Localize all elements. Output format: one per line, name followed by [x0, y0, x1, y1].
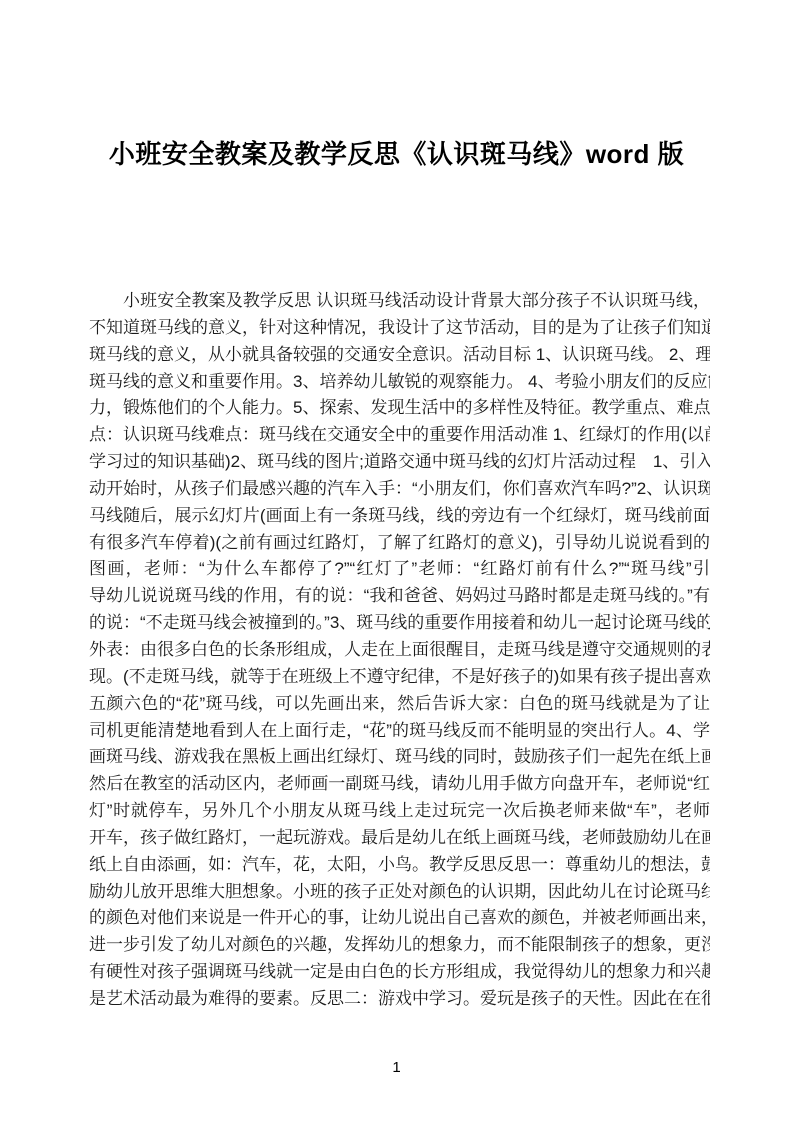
body-line: 五颜六色的“花”斑马线，可以先画出来，然后告诉大家：白色的斑马线就是为了让 — [89, 691, 710, 718]
page-number: 1 — [0, 1059, 793, 1076]
body-line: 是艺术活动最为难得的要素。反思二：游戏中学习。爱玩是孩子的天性。因此在在很 — [89, 986, 710, 1013]
body-line: 司机更能清楚地看到人在上面行走，“花”的斑马线反而不能明显的突出行人。4、学 — [89, 718, 710, 745]
body-line: 有很多汽车停着)(之前有画过红路灯，了解了红路灯的意义)，引导幼儿说说看到的 — [89, 530, 710, 557]
document-body: 小班安全教案及教学反思 认识斑马线活动设计背景大部分孩子不认识斑马线，不知道斑马… — [89, 288, 710, 1013]
body-line: 斑马线的意义，从小就具备较强的交通安全意识。活动目标 1、认识斑马线。 2、理解 — [89, 342, 710, 369]
body-line: 画斑马线、游戏我在黑板上画出红绿灯、斑马线的同时，鼓励孩子们一起先在纸上画 — [89, 744, 710, 771]
body-line: 学习过的知识基础)2、斑马线的图片;道路交通中斑马线的幻灯片活动过程 1、引入活 — [89, 449, 710, 476]
body-line: 现。(不走斑马线，就等于在班级上不遵守纪律，不是好孩子的)如果有孩子提出喜欢 — [89, 664, 710, 691]
body-line: 的颜色对他们来说是一件开心的事，让幼儿说出自己喜欢的颜色，并被老师画出来， — [89, 905, 710, 932]
document-page: 小班安全教案及教学反思《认识斑马线》word 版 小班安全教案及教学反思 认识斑… — [0, 0, 793, 1122]
body-line: 不知道斑马线的意义，针对这种情况，我设计了这节活动，目的是为了让孩子们知道 — [89, 315, 710, 342]
body-line: 外表：由很多白色的长条形组成，人走在上面很醒目，走斑马线是遵守交通规则的表 — [89, 637, 710, 664]
body-line: 进一步引发了幼儿对颜色的兴趣，发挥幼儿的想象力，而不能限制孩子的想象，更没 — [89, 932, 710, 959]
body-line: 然后在教室的活动区内，老师画一副斑马线，请幼儿用手做方向盘开车，老师说“红 — [89, 771, 710, 798]
body-line: 力，锻炼他们的个人能力。5、探索、发现生活中的多样性及特征。教学重点、难点重 — [89, 395, 710, 422]
body-line: 导幼儿说说斑马线的作用，有的说：“我和爸爸、妈妈过马路时都是走斑马线的。”有 — [89, 583, 710, 610]
body-line: 灯”时就停车，另外几个小朋友从斑马线上走过玩完一次后换老师来做“车”，老师 — [89, 798, 710, 825]
body-line: 马线随后，展示幻灯片(画面上有一条斑马线，线的旁边有一个红绿灯，斑马线前面 — [89, 503, 710, 530]
body-line: 斑马线的意义和重要作用。3、培养幼儿敏锐的观察能力。 4、考验小朋友们的反应能 — [89, 369, 710, 396]
body-line: 开车，孩子做红路灯，一起玩游戏。最后是幼儿在纸上画斑马线，老师鼓励幼儿在画 — [89, 825, 710, 852]
body-line: 有硬性对孩子强调斑马线就一定是由白色的长方形组成，我觉得幼儿的想象力和兴趣 — [89, 959, 710, 986]
body-line: 小班安全教案及教学反思 认识斑马线活动设计背景大部分孩子不认识斑马线， — [89, 288, 710, 315]
body-line: 的说：“不走斑马线会被撞到的。”3、斑马线的重要作用接着和幼儿一起讨论斑马线的 — [89, 610, 710, 637]
body-line: 励幼儿放开思维大胆想象。小班的孩子正处对颜色的认识期，因此幼儿在讨论斑马线 — [89, 879, 710, 906]
body-line: 图画，老师：“为什么车都停了?”“红灯了”老师：“红路灯前有什么?”“斑马线”引 — [89, 556, 710, 583]
body-line: 纸上自由添画，如：汽车，花，太阳，小鸟。教学反思反思一：尊重幼儿的想法，鼓 — [89, 852, 710, 879]
document-title: 小班安全教案及教学反思《认识斑马线》word 版 — [0, 0, 793, 171]
body-line: 动开始时，从孩子们最感兴趣的汽车入手：“小朋友们，你们喜欢汽车吗?”2、认识斑 — [89, 476, 710, 503]
body-line: 点：认识斑马线难点：斑马线在交通安全中的重要作用活动准 1、红绿灯的作用(以前 — [89, 422, 710, 449]
